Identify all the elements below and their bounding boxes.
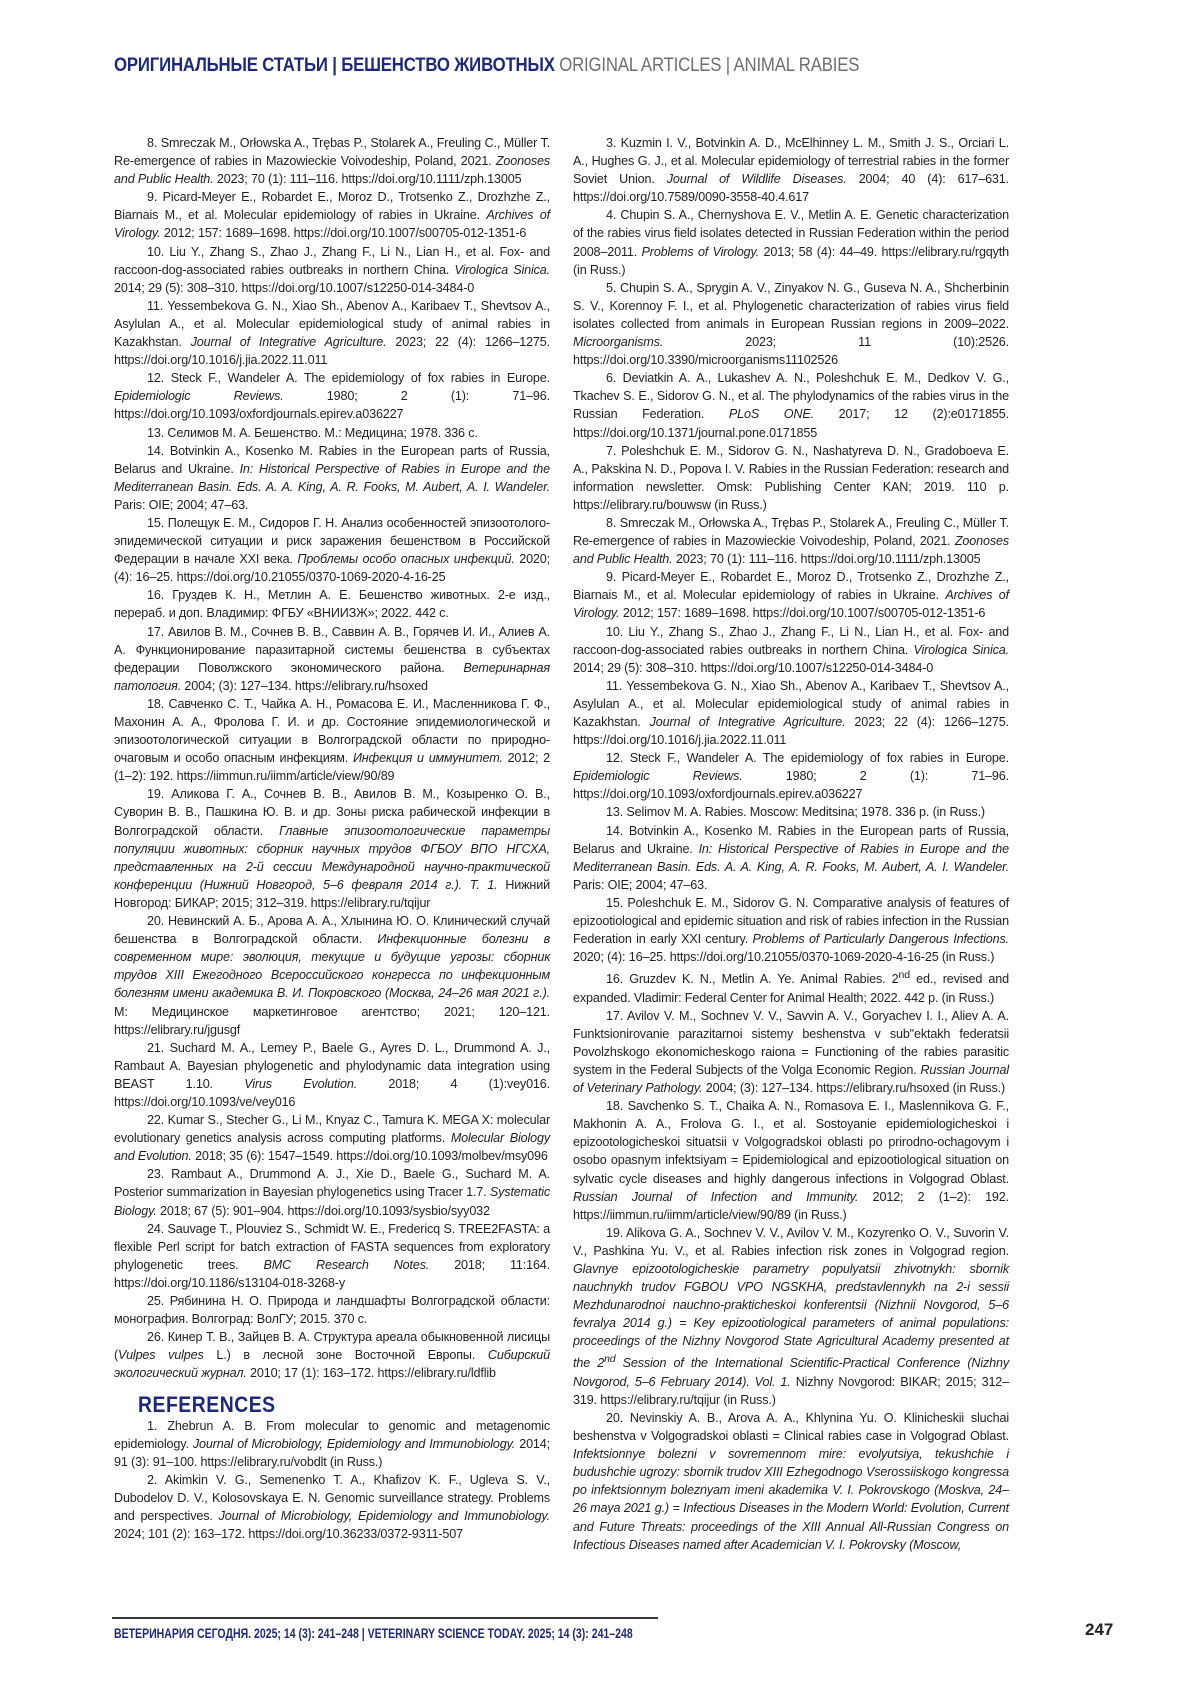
reference-item: 17. Авилов В. М., Сочнев В. В., Саввин А… xyxy=(114,623,550,695)
reference-item: 18. Савченко С. Т., Чайка А. Н., Ромасов… xyxy=(114,695,550,785)
reference-item: 18. Savchenko S. T., Chaika A. N., Romas… xyxy=(573,1097,1009,1224)
reference-item: 16. Груздев К. Н., Метлин А. Е. Бешенств… xyxy=(114,586,550,622)
reference-item: 15. Poleshchuk E. M., Sidorov G. N. Comp… xyxy=(573,894,1009,966)
reference-text: 16. Груздев К. Н., Метлин А. Е. Бешенств… xyxy=(114,588,550,620)
reference-text: 9. Picard-Meyer E., Robardet E., Moroz D… xyxy=(573,570,1009,602)
reference-item: 21. Suchard M. A., Lemey P., Baele G., A… xyxy=(114,1039,550,1111)
reference-text: 2023; 70 (1): 111–116. https://doi.org/1… xyxy=(214,172,522,186)
reference-text: 13. Селимов М. А. Бешенство. М.: Медицин… xyxy=(147,426,478,440)
reference-text: 7. Poleshchuk E. M., Sidorov G. N., Nash… xyxy=(573,444,1009,512)
journal-title: Virologica Sinica. xyxy=(454,263,550,277)
reference-text: 2012; 157: 1689–1698. https://doi.org/10… xyxy=(620,606,986,620)
reference-item: 19. Аликова Г. А., Сочнев В. В., Авилов … xyxy=(114,785,550,912)
reference-text: 23. Rambaut A., Drummond A. J., Xie D., … xyxy=(114,1167,550,1199)
left-column: 8. Smreczak M., Orłowska A., Trębas P., … xyxy=(114,134,550,1543)
reference-text: 8. Smreczak M., Orłowska A., Trębas P., … xyxy=(114,136,550,168)
reference-text: L.) в лесной зоне Восточной Европы. xyxy=(204,1348,488,1362)
reference-text: 8. Smreczak M., Orłowska A., Trębas P., … xyxy=(573,516,1009,548)
reference-item: 5. Chupin S. A., Sprygin A. V., Zinyakov… xyxy=(573,279,1009,369)
reference-text: 2014; 29 (5): 308–310. https://doi.org/1… xyxy=(114,281,474,295)
reference-text: М: Медицинское маркетинговое агентство; … xyxy=(114,1005,550,1037)
reference-text: 18. Savchenko S. T., Chaika A. N., Romas… xyxy=(573,1099,1009,1185)
footer-divider xyxy=(112,1617,658,1619)
reference-text: 12. Steck F., Wandeler A. The epidemiolo… xyxy=(606,751,1009,765)
reference-text: 2004; (3): 127–134. https://elibrary.ru/… xyxy=(181,679,428,693)
journal-title: Virologica Sinica. xyxy=(913,643,1009,657)
reference-item: 14. Botvinkin A., Kosenko M. Rabies in t… xyxy=(573,822,1009,894)
journal-title: BMC Research Notes. xyxy=(264,1258,430,1272)
reference-text: 2018; 35 (6): 1547–1549. https://doi.org… xyxy=(192,1149,548,1163)
reference-text: 25. Рябинина Н. О. Природа и ландшафты В… xyxy=(114,1294,550,1326)
references-heading: REFERENCES xyxy=(138,1396,501,1414)
reference-text: 2012; 157: 1689–1698. https://doi.org/10… xyxy=(161,226,527,240)
reference-item: 15. Полещук Е. М., Сидоров Г. Н. Анализ … xyxy=(114,514,550,586)
journal-title: Microorganisms. xyxy=(573,335,663,349)
reference-text: Paris: OIE; 2004; 47–63. xyxy=(114,498,248,512)
journal-title: Journal of Integrative Agriculture. xyxy=(191,335,387,349)
reference-text: 2024; 101 (2): 163–172. https://doi.org/… xyxy=(114,1527,463,1541)
journal-title: Vulpes vulpes xyxy=(118,1348,204,1362)
reference-text: 2014; 29 (5): 308–310. https://doi.org/1… xyxy=(573,661,933,675)
journal-title: Russian Journal of Infection and Immunit… xyxy=(573,1190,858,1204)
journal-title: Infektsionnye bolezni v sovremennom mire… xyxy=(573,1447,1009,1551)
reference-item: 8. Smreczak M., Orłowska A., Trębas P., … xyxy=(573,514,1009,568)
reference-text: 20. Nevinskiy A. B., Arova A. A., Khlyni… xyxy=(573,1411,1009,1443)
reference-item: 7. Poleshchuk E. M., Sidorov G. N., Nash… xyxy=(573,442,1009,514)
journal-title: Virus Evolution. xyxy=(244,1077,357,1091)
ru-reference-list: 8. Smreczak M., Orłowska A., Trębas P., … xyxy=(114,134,550,1382)
reference-item: 19. Alikova G. A., Sochnev V. V., Avilov… xyxy=(573,1224,1009,1409)
reference-item: 3. Kuzmin I. V., Botvinkin A. D., McElhi… xyxy=(573,134,1009,206)
reference-item: 16. Gruzdev K. N., Metlin A. Ye. Animal … xyxy=(573,966,1009,1006)
reference-item: 2. Akimkin V. G., Semenenko T. A., Khafi… xyxy=(114,1471,550,1543)
reference-item: 12. Steck F., Wandeler A. The epidemiolo… xyxy=(114,369,550,423)
en-reference-list-continued: 3. Kuzmin I. V., Botvinkin A. D., McElhi… xyxy=(573,134,1009,1554)
journal-title: Journal of Microbiology, Epidemiology an… xyxy=(193,1437,515,1451)
journal-title: Journal of Wildlife Diseases. xyxy=(667,172,847,186)
journal-title: PLoS ONE. xyxy=(729,407,814,421)
reference-text: 2004; (3): 127–134. https://elibrary.ru/… xyxy=(702,1081,1005,1095)
reference-text: 19. Alikova G. A., Sochnev V. V., Avilov… xyxy=(573,1226,1009,1258)
journal-title: Проблемы особо опасных инфекций. xyxy=(297,552,514,566)
reference-text: 16. Gruzdev K. N., Metlin A. Ye. Animal … xyxy=(606,973,899,987)
reference-text: Paris: OIE; 2004; 47–63. xyxy=(573,878,707,892)
reference-item: 9. Picard-Meyer E., Robardet E., Moroz D… xyxy=(573,568,1009,622)
reference-item: 14. Botvinkin A., Kosenko M. Rabies in t… xyxy=(114,442,550,514)
ordinal-suffix: nd xyxy=(604,1353,615,1365)
reference-text: 5. Chupin S. A., Sprygin A. V., Zinyakov… xyxy=(573,281,1009,331)
reference-text: 13. Selimov M. A. Rabies. Moscow: Medits… xyxy=(606,805,985,819)
reference-text: 9. Picard-Meyer E., Robardet E., Moroz D… xyxy=(114,190,550,222)
ordinal-suffix: nd xyxy=(899,969,910,981)
reference-item: 13. Selimov M. A. Rabies. Moscow: Medits… xyxy=(573,803,1009,821)
reference-text: 2020; (4): 16–25. https://doi.org/10.210… xyxy=(573,950,994,964)
journal-title: Journal of Microbiology, Epidemiology an… xyxy=(219,1509,550,1523)
header-section-ru: ОРИГИНАЛЬНЫЕ СТАТЬИ | БЕШЕНСТВО ЖИВОТНЫХ xyxy=(114,54,555,76)
reference-item: 6. Deviatkin A. A., Lukashev A. N., Pole… xyxy=(573,369,1009,441)
reference-item: 11. Yessembekova G. N., Xiao Sh., Abenov… xyxy=(573,677,1009,749)
journal-title: Epidemiologic Reviews. xyxy=(573,769,743,783)
reference-item: 23. Rambaut A., Drummond A. J., Xie D., … xyxy=(114,1165,550,1219)
page-number: 247 xyxy=(1085,1620,1113,1640)
reference-item: 8. Smreczak M., Orłowska A., Trębas P., … xyxy=(114,134,550,188)
reference-item: 4. Chupin S. A., Chernyshova E. V., Metl… xyxy=(573,206,1009,278)
reference-item: 10. Liu Y., Zhang S., Zhao J., Zhang F.,… xyxy=(573,623,1009,677)
reference-item: 10. Liu Y., Zhang S., Zhao J., Zhang F.,… xyxy=(114,243,550,297)
journal-title: Glavnye epizootologicheskie parametry po… xyxy=(573,1262,1009,1371)
journal-title: Problems of Virology. xyxy=(642,245,760,259)
reference-item: 26. Кинер Т. В., Зайцев В. А. Структура … xyxy=(114,1328,550,1382)
header-section-en: ORIGINAL ARTICLES | ANIMAL RABIES xyxy=(559,54,859,76)
journal-title: Инфекция и иммунитет. xyxy=(353,751,503,765)
journal-title: Epidemiologic Reviews. xyxy=(114,389,284,403)
reference-item: 11. Yessembekova G. N., Xiao Sh., Abenov… xyxy=(114,297,550,369)
reference-item: 22. Kumar S., Stecher G., Li M., Knyaz C… xyxy=(114,1111,550,1165)
reference-item: 17. Avilov V. M., Sochnev V. V., Savvin … xyxy=(573,1007,1009,1097)
reference-item: 25. Рябинина Н. О. Природа и ландшафты В… xyxy=(114,1292,550,1328)
reference-item: 1. Zhebrun A. B. From molecular to genom… xyxy=(114,1417,550,1471)
reference-item: 20. Nevinskiy A. B., Arova A. A., Khlyni… xyxy=(573,1409,1009,1554)
reference-item: 20. Невинский А. Б., Арова А. А., Хлынин… xyxy=(114,912,550,1039)
en-reference-list: 1. Zhebrun A. B. From molecular to genom… xyxy=(114,1417,550,1544)
reference-item: 12. Steck F., Wandeler A. The epidemiolo… xyxy=(573,749,1009,803)
right-column: 3. Kuzmin I. V., Botvinkin A. D., McElhi… xyxy=(573,134,1009,1554)
reference-item: 13. Селимов М. А. Бешенство. М.: Медицин… xyxy=(114,424,550,442)
reference-text: 2010; 17 (1): 163–172. https://elibrary.… xyxy=(247,1366,496,1380)
reference-item: 9. Picard-Meyer E., Robardet E., Moroz D… xyxy=(114,188,550,242)
journal-title: Journal of Integrative Agriculture. xyxy=(650,715,846,729)
reference-item: 24. Sauvage T., Plouviez S., Schmidt W. … xyxy=(114,1220,550,1292)
footer-citation: ВЕТЕРИНАРИЯ СЕГОДНЯ. 2025; 14 (3): 241–2… xyxy=(114,1626,633,1641)
running-header: ОРИГИНАЛЬНЫЕ СТАТЬИ | БЕШЕНСТВО ЖИВОТНЫХ… xyxy=(114,54,859,77)
reference-text: 2018; 67 (5): 901–904. https://doi.org/1… xyxy=(157,1204,490,1218)
reference-text: 12. Steck F., Wandeler A. The epidemiolo… xyxy=(147,371,550,385)
reference-text: 2023; 70 (1): 111–116. https://doi.org/1… xyxy=(673,552,981,566)
journal-title: Problems of Particularly Dangerous Infec… xyxy=(753,932,1010,946)
